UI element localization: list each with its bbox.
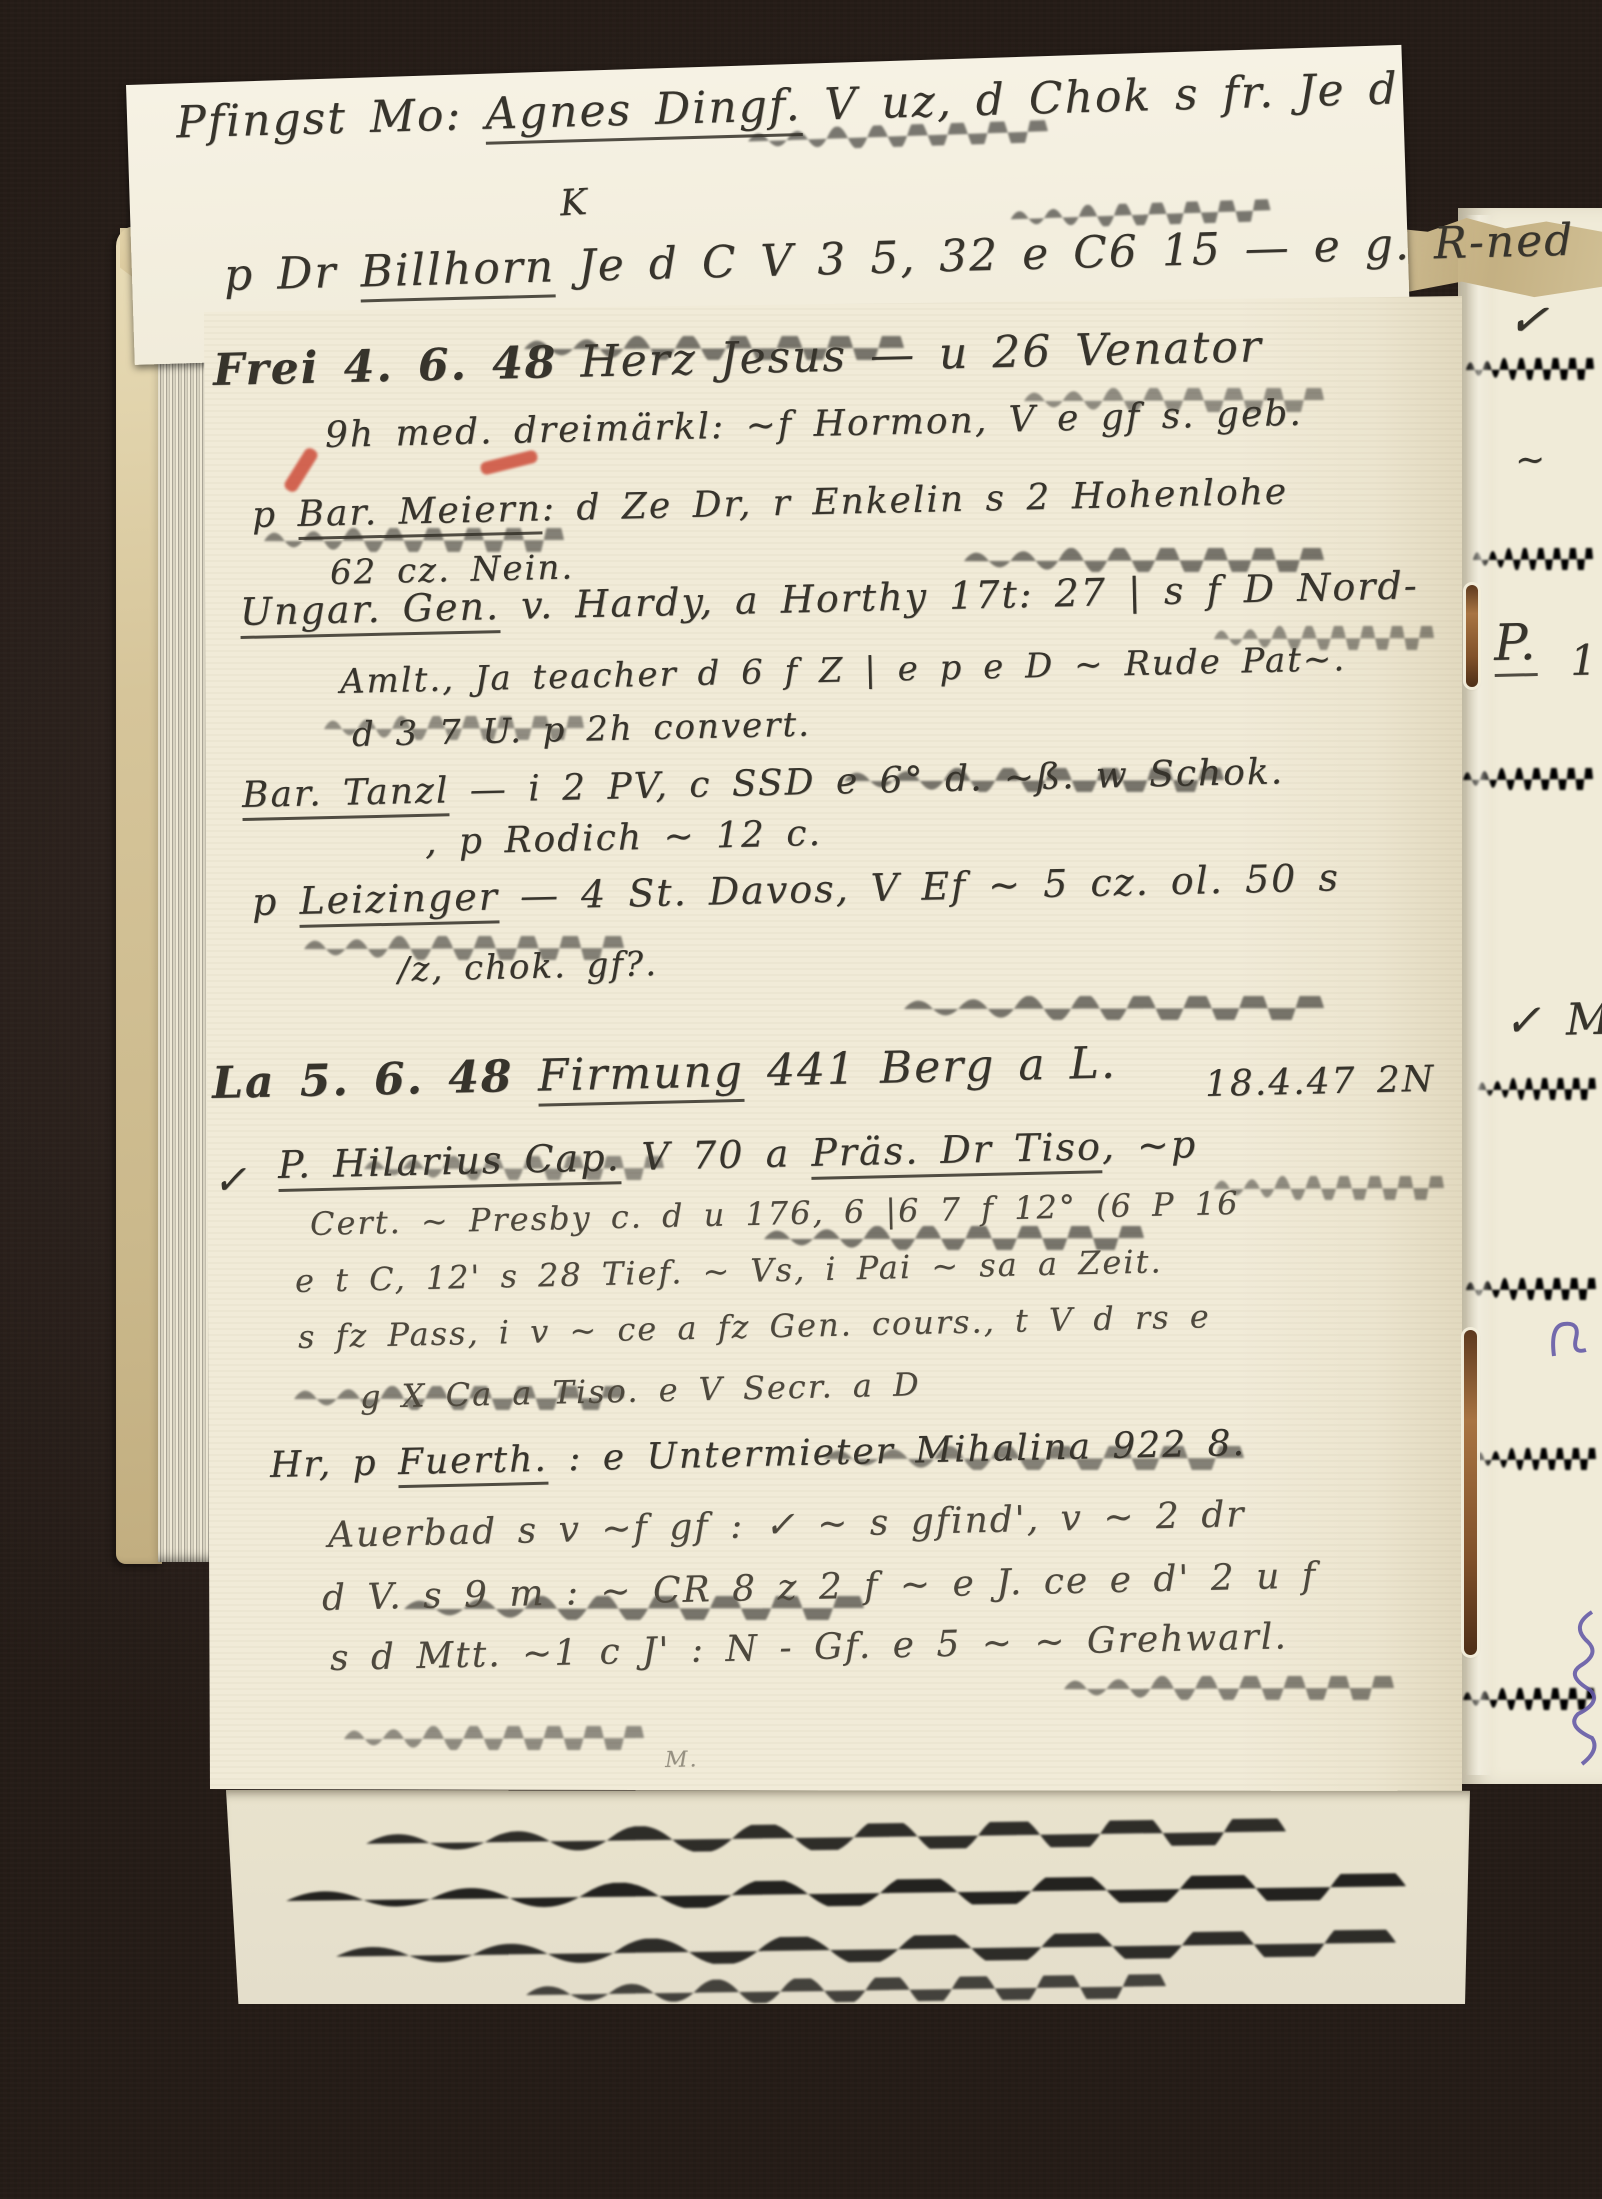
heading-p: P. — [1493, 613, 1538, 672]
entry-pfingst-monday: Pfingst Mo: Agnes Dingf. V uz, d Chok s … — [176, 63, 1400, 148]
entry-bar-tanzl: Bar. Tanzl — i 2 PV, c SSD e 6° d. ~ß. w… — [242, 751, 1285, 816]
diary-page: Frei 4. 6. 48 Herz Jesus — u 26 Venator … — [204, 296, 1462, 1792]
entry-convert: d 3 7 U. p 2h convert. — [352, 705, 812, 755]
ghost-text — [366, 1818, 1286, 1855]
entry-tief: e t C, 12' s 28 Tief. ~ Vs, i Pai ~ sa a… — [295, 1242, 1163, 1300]
entry-auerbad: Auerbad s v ~f gf : ✓ ~ s gfind', v ~ 2 … — [328, 1494, 1246, 1556]
page-stack-edges — [158, 240, 210, 1562]
purple-ink-mark — [1546, 1316, 1590, 1364]
faint-ink-mark: M. — [665, 1747, 699, 1773]
ghost-text — [344, 1726, 644, 1750]
entry-secr: g X Ca a Tiso. e V Secr. a D — [360, 1365, 922, 1416]
entry-fuerth: Hr, p Fuerth. : e Untermieter Mihalina 9… — [270, 1423, 1247, 1486]
ghost-text — [286, 1873, 1406, 1913]
margin-checkmark: ✓ — [212, 1157, 249, 1204]
ghost-text — [904, 996, 1324, 1020]
entry-p-hilarius: P. Hilarius Cap. V 70 a Präs. Dr Tiso, ~… — [278, 1122, 1198, 1187]
ghost-text — [1214, 1176, 1444, 1200]
ghost-text — [1478, 1078, 1596, 1100]
small-mark: K — [559, 182, 590, 225]
ghost-text — [336, 1930, 1396, 1969]
book-cover-edge — [116, 226, 162, 1564]
entry-chok: /z, chok. gf?. — [398, 944, 659, 990]
entry-med-dreimaerkl: 9h med. dreimärkl: ~f Hormon, V e gf s. … — [325, 393, 1304, 456]
red-pencil-stroke — [479, 449, 538, 476]
entry-bar-meiern: p Bar. Meiern: d Ze Dr, r Enkelin s 2 Ho… — [252, 471, 1289, 536]
purple-ink-note — [1562, 1608, 1602, 1768]
entry-rodich: , p Rodich ~ 12 c. — [425, 813, 823, 863]
date-note: 18.4.47 2N — [1205, 1059, 1436, 1105]
entry-gen-cours: s fz Pass, i v ~ ce a fz Gen. cours., t … — [298, 1297, 1212, 1356]
entry-dr-billhorn: p Dr Billhorn Je d C V 3 5, 32 e C6 15 —… — [223, 215, 1575, 301]
ghost-text — [526, 1974, 1166, 2006]
entry-sat-5-6-48: La 5. 6. 48 Firmung 441 Berg a L. — [211, 1037, 1117, 1109]
checkmark-ink: ✓ — [1505, 290, 1553, 350]
underlying-page — [226, 1790, 1470, 2004]
binding-thread — [1464, 1330, 1477, 1655]
red-pencil-stroke — [282, 446, 319, 494]
entry-fri-4-6-48: Frei 4. 6. 48 Herz Jesus — u 26 Venator — [212, 321, 1263, 396]
check-m-mark: ✓ M — [1503, 994, 1602, 1047]
ghost-text — [1476, 1448, 1596, 1470]
entry-grehwarl: s d Mtt. ~1 c J' : N - Gf. e 5 ~ ~ Grehw… — [330, 1616, 1289, 1679]
notebook-photo: ✓ ~ P. 1 ✓ M Pfingst Mo: Agnes Dingf. V … — [0, 0, 1602, 2199]
entry-leizinger: p Leizinger — 4 St. Davos, V Ef ~ 5 cz. … — [252, 855, 1341, 924]
entry-teacher: Amlt., Ja teacher d 6 f Z | e p e D ~ Ru… — [340, 639, 1347, 702]
numeral-one: 1 — [1569, 635, 1599, 685]
ghost-text — [1064, 1676, 1394, 1700]
tilde-mark: ~ — [1515, 439, 1548, 481]
binding-thread — [1466, 585, 1478, 687]
